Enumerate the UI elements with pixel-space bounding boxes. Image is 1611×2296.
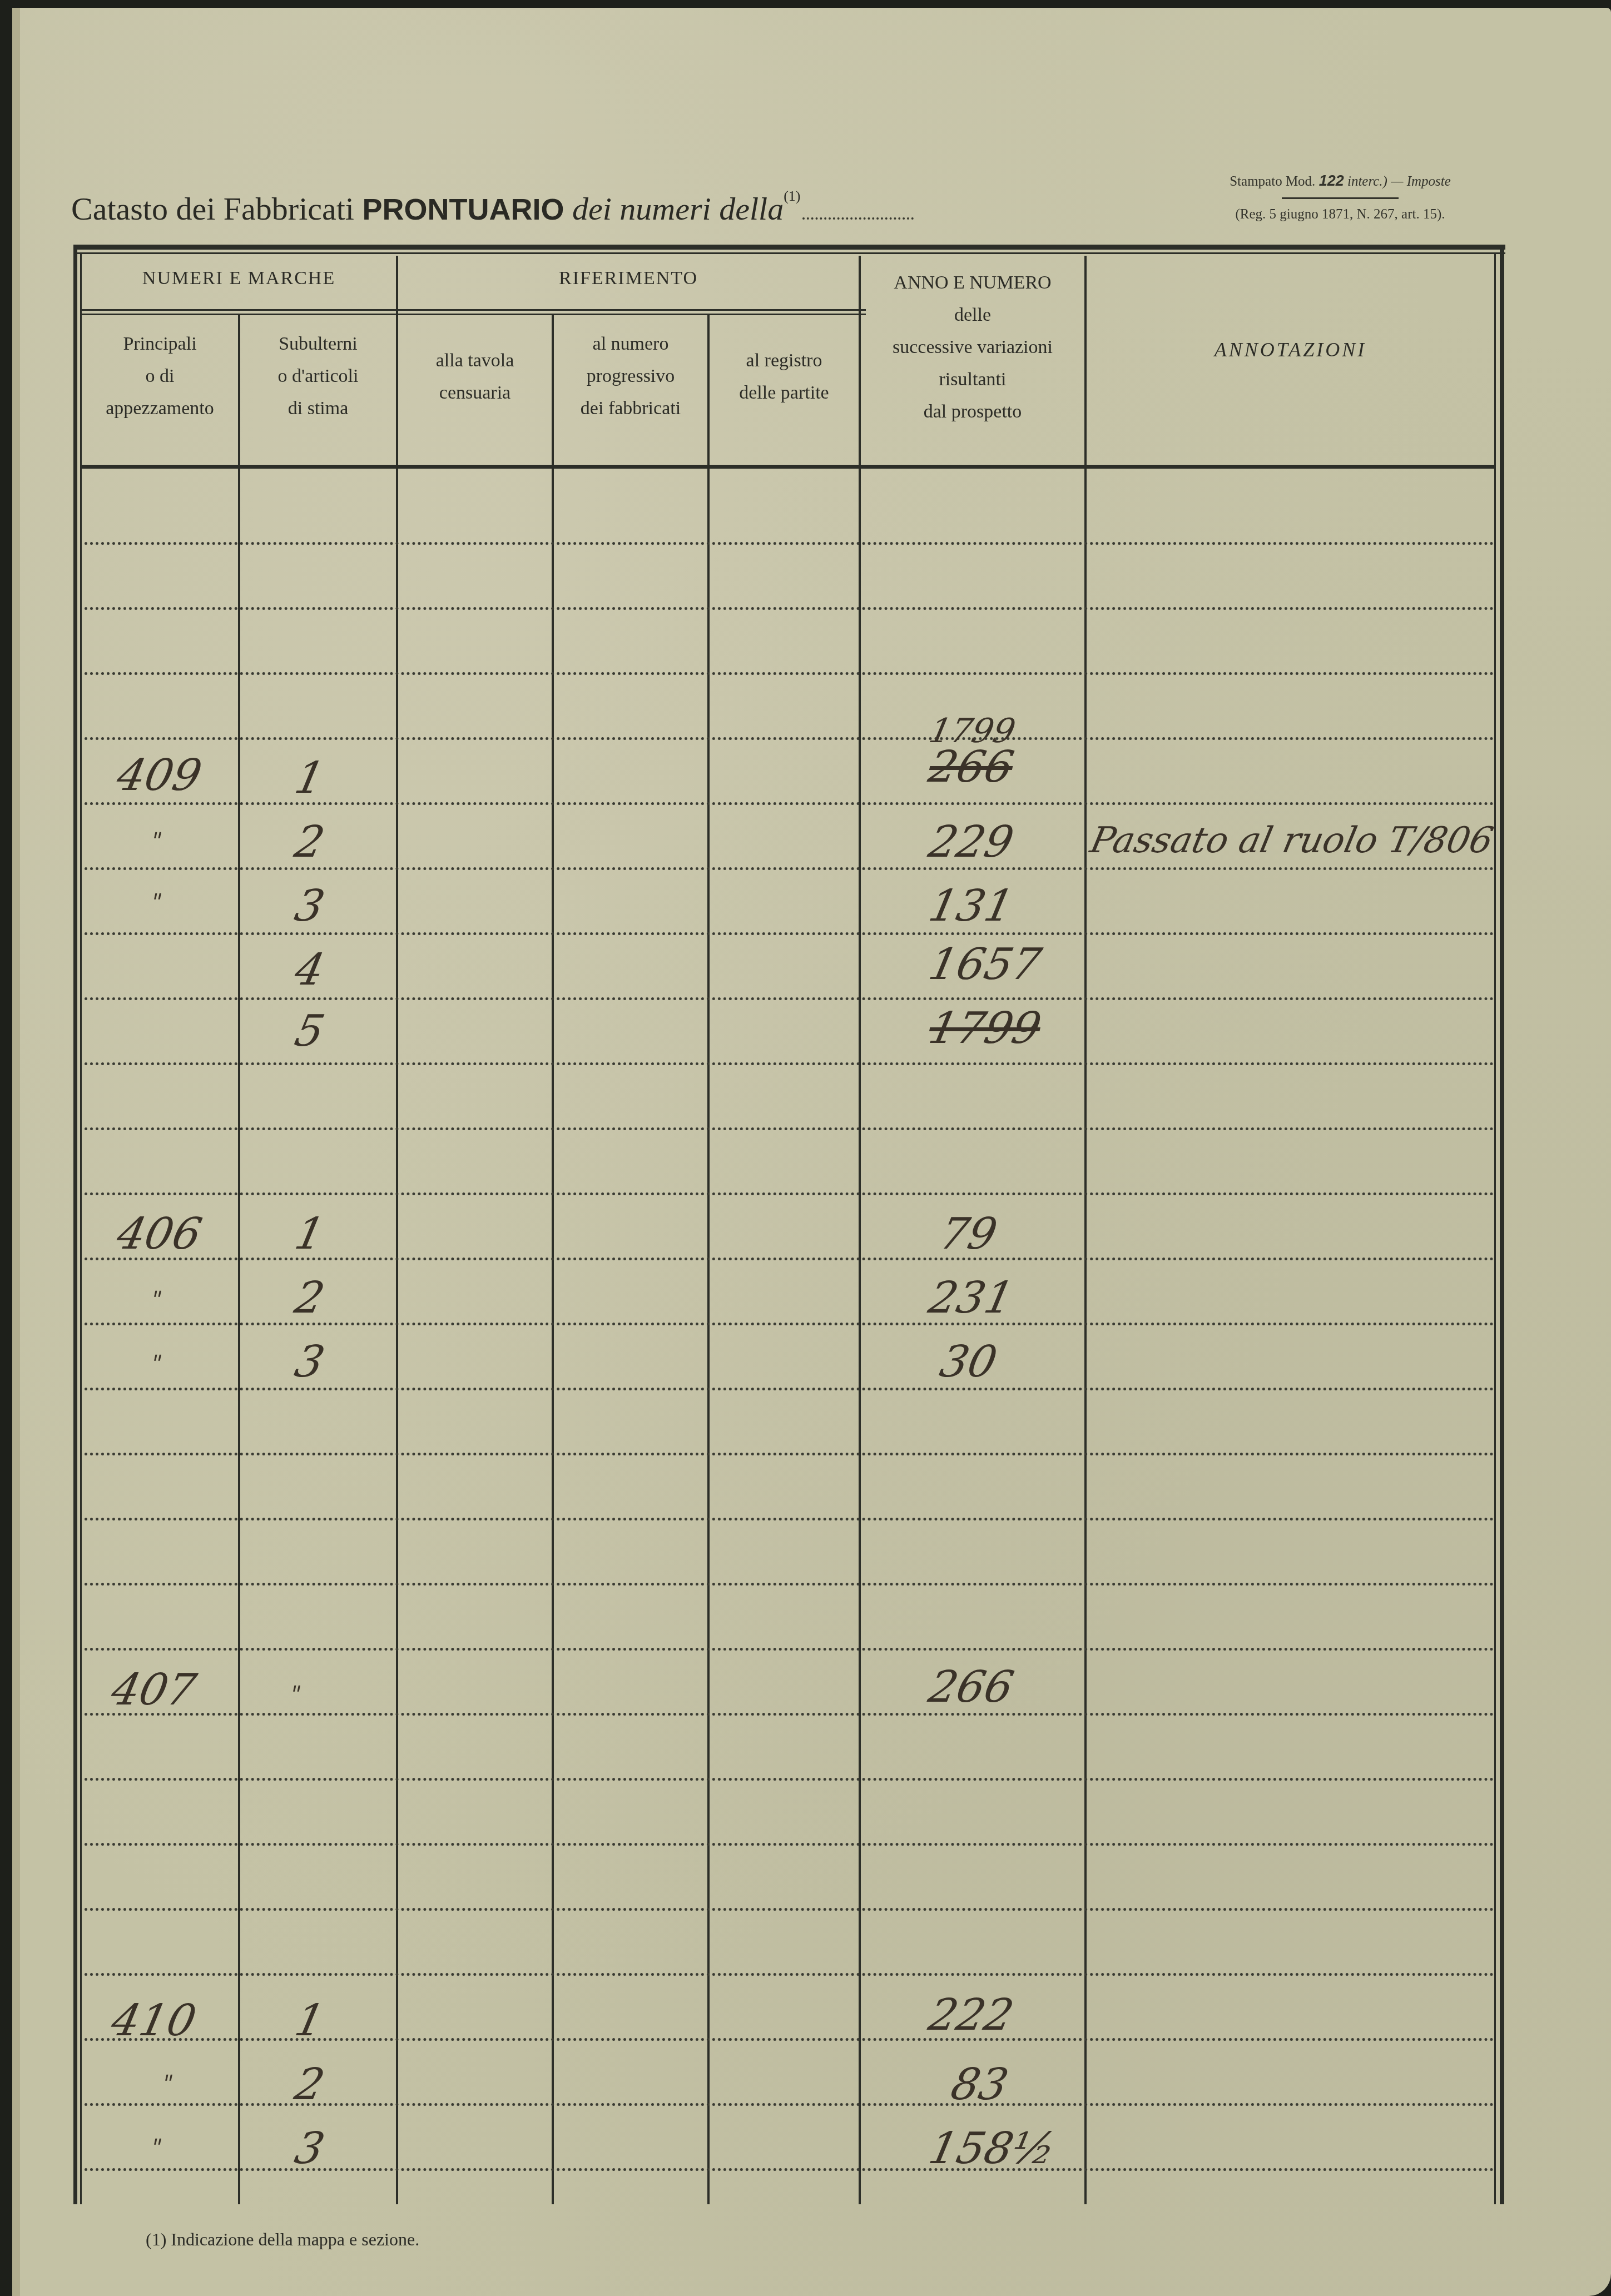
entry-annotazione: Passato al ruolo T/806	[1087, 820, 1497, 861]
header-registro-partite: al registro delle partite	[710, 345, 859, 409]
title-bold: PRONTUARIO	[362, 193, 564, 226]
header-line: progressivo	[554, 360, 707, 392]
table-right-border	[1500, 245, 1504, 2204]
entry-anno-numero: 222	[924, 1990, 1018, 2040]
col-line-2	[396, 256, 398, 2204]
entry-principale-ditto: "	[148, 889, 164, 915]
entry-subalterno: 3	[290, 881, 329, 931]
header-sub-rule	[82, 309, 866, 311]
header-line: Principali	[82, 328, 238, 360]
header-principali: Principali o di appezzamento	[82, 328, 238, 425]
row-line	[85, 997, 1494, 1000]
row-line	[85, 672, 1494, 675]
row-line	[85, 1127, 1494, 1130]
entry-subalterno: 1	[290, 1209, 329, 1259]
entry-principale-ditto: "	[148, 1351, 164, 1376]
stamp-suffix: interc.) — Imposte	[1347, 174, 1451, 189]
entry-subalterno: 3	[290, 1337, 329, 1387]
entry-anno-numero: 231	[924, 1273, 1018, 1323]
header-line: al numero	[554, 328, 707, 360]
stamp-regulation: (Reg. 5 giugno 1871, N. 267, art. 15).	[1173, 207, 1507, 222]
row-line	[85, 1192, 1494, 1195]
header-annotazioni: ANNOTAZIONI	[1087, 334, 1494, 366]
stamp-prefix: Stampato Mod.	[1230, 174, 1315, 189]
table-left-border	[73, 245, 77, 2204]
entry-subalterno: 1	[290, 753, 329, 803]
header-line: delle	[861, 299, 1084, 331]
stamp-model-number: 122	[1319, 172, 1344, 189]
header-line: successive variazioni	[861, 331, 1084, 364]
entry-anno-numero: 1799	[924, 1003, 1045, 1053]
entry-anno-numero: 158½	[924, 2124, 1060, 2174]
footnote-ref: (1)	[784, 188, 800, 204]
row-line	[85, 1648, 1494, 1651]
row-line	[85, 1453, 1494, 1455]
entry-principale: 407	[107, 1665, 200, 1715]
table-top-border	[73, 245, 1505, 250]
header-line: risultanti	[861, 364, 1084, 396]
row-line	[85, 1062, 1494, 1065]
header-line: alla tavola	[398, 345, 552, 377]
header-line: ANNO E NUMERO	[861, 267, 1084, 299]
table-left-border-inner	[80, 252, 82, 2204]
entry-principale-ditto: "	[160, 2071, 175, 2096]
row-line	[85, 1778, 1494, 1781]
header-riferimento: RIFERIMENTO	[398, 262, 859, 295]
header-bottom-rule	[82, 465, 1494, 469]
row-line	[85, 737, 1494, 740]
entry-principale-ditto: "	[148, 2135, 164, 2160]
entry-subalterno: 2	[290, 1273, 329, 1323]
entry-anno-numero: 266	[924, 1662, 1018, 1712]
entry-subalterno: 3	[290, 2124, 329, 2174]
entry-subalterno: 5	[290, 1006, 329, 1056]
entry-subalterno-ditto: "	[287, 1682, 303, 1707]
page-edge	[12, 8, 20, 2296]
register-table: NUMERI E MARCHE RIFERIMENTO Principali o…	[73, 245, 1505, 2204]
header-line: dal prospetto	[861, 396, 1084, 428]
header-subalterni: Subulterni o d'articoli di stima	[240, 328, 396, 425]
row-line	[85, 1908, 1494, 1911]
entry-principale-ditto: "	[148, 1287, 164, 1313]
row-line	[85, 932, 1494, 935]
row-line	[85, 1713, 1494, 1716]
entry-principale: 406	[112, 1209, 206, 1259]
entry-principale: 409	[112, 751, 206, 801]
table-top-border-inner	[73, 252, 1505, 254]
header-line: censuaria	[398, 377, 552, 409]
entry-anno-numero: 83	[946, 2060, 1012, 2110]
header-line: al registro	[710, 345, 859, 377]
header-numero-progressivo: al numero progressivo dei fabbricati	[554, 328, 707, 425]
entry-principale: 410	[107, 1996, 200, 2046]
entry-principale-ditto: "	[148, 828, 164, 854]
header-line: di stima	[240, 392, 396, 425]
stamp-rule	[1282, 197, 1399, 199]
entry-anno-numero: 131	[924, 881, 1018, 931]
header-sub-rule-2	[82, 314, 866, 315]
page-title: Catasto dei Fabbricati PRONTUARIO dei nu…	[71, 190, 914, 227]
fill-in-dots	[802, 214, 914, 220]
entry-subalterno: 2	[290, 817, 329, 867]
row-line	[85, 1583, 1494, 1586]
header-numeri-e-marche: NUMERI E MARCHE	[82, 262, 396, 295]
header-line: dei fabbricati	[554, 392, 707, 425]
form-stamp: Stampato Mod. 122 interc.) — Imposte (Re…	[1173, 172, 1507, 222]
header-line: o di	[82, 360, 238, 392]
entry-anno-numero: 30	[935, 1337, 1001, 1387]
row-line	[85, 1388, 1494, 1390]
header-line: o d'articoli	[240, 360, 396, 392]
entry-anno-numero: 266	[924, 742, 1018, 792]
header-line: delle partite	[710, 377, 859, 409]
header-line: appezzamento	[82, 392, 238, 425]
row-line	[85, 607, 1494, 610]
table-right-border-inner	[1494, 252, 1496, 2204]
header-tavola-censuaria: alla tavola censuaria	[398, 345, 552, 409]
row-line	[85, 1518, 1494, 1520]
row-line	[85, 542, 1494, 545]
title-plain: Catasto dei Fabbricati	[71, 191, 354, 227]
col-line-6	[1084, 256, 1087, 2204]
title-italic: dei numeri della	[572, 191, 784, 227]
entry-anno-numero: 79	[935, 1209, 1001, 1259]
row-line	[85, 1843, 1494, 1846]
entry-subalterno: 4	[290, 945, 329, 995]
row-line	[85, 1973, 1494, 1976]
footnote: (1) Indicazione della mappa e sezione.	[146, 2229, 419, 2250]
col-line-5	[859, 256, 861, 2204]
entry-subalterno: 2	[290, 2060, 329, 2110]
header-anno-e-numero: ANNO E NUMERO delle successive variazion…	[861, 267, 1084, 428]
row-line	[85, 867, 1494, 870]
header-line: Subulterni	[240, 328, 396, 360]
entry-anno-numero: 1657	[924, 940, 1045, 990]
entry-anno-numero: 229	[924, 817, 1018, 867]
